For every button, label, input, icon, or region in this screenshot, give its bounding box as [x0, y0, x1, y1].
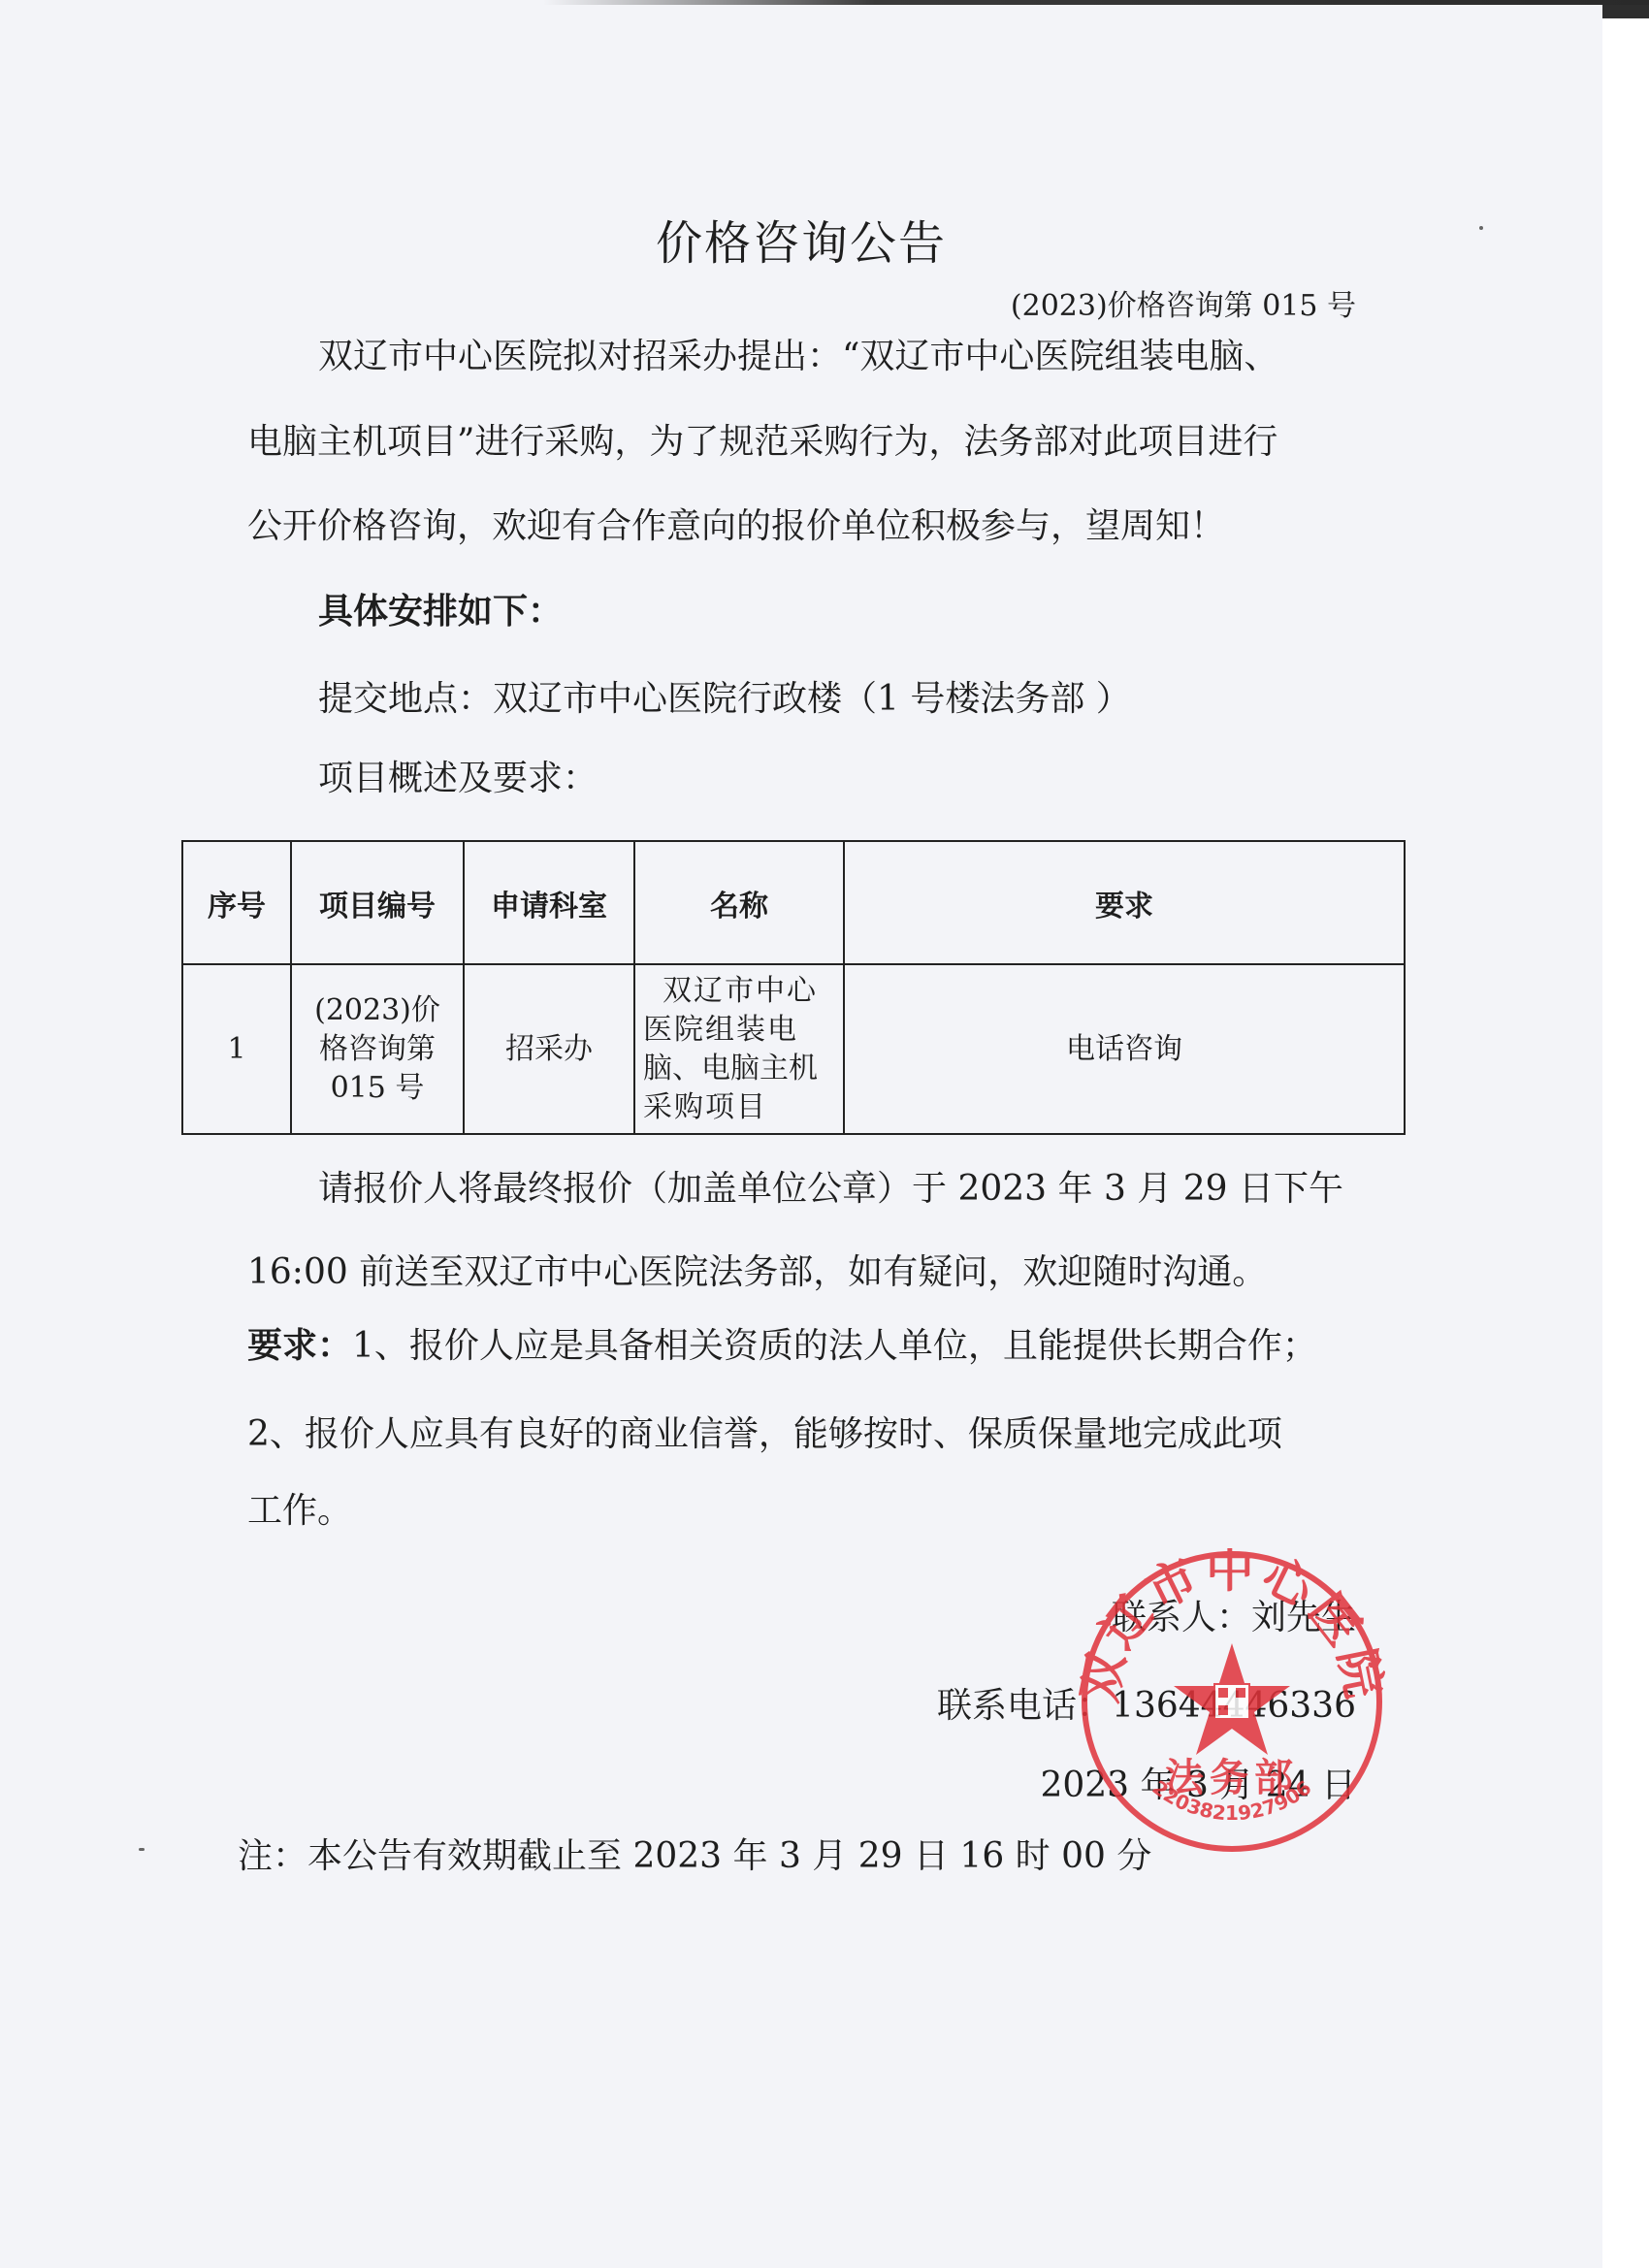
intro-line-3: 公开价格咨询，欢迎有合作意向的报价单位积极参与，望周知！	[247, 509, 1225, 544]
intro-line-1: 双辽市中心医院拟对招采办提出：“双辽市中心医院组装电脑、	[318, 340, 1278, 374]
cell-name: 双辽市中心 医院组装电 脑、电脑主机 采购项目	[634, 964, 844, 1134]
scan-speck	[1479, 226, 1483, 230]
cell-line: 格咨询第	[292, 1030, 463, 1069]
cell-line: 015 号	[292, 1069, 463, 1108]
scan-edge	[1602, 5, 1649, 18]
scan-speck	[139, 1848, 145, 1851]
table-row: 1 (2023)价 格咨询第 015 号 招采办 双辽市中心 医院组装电 脑、电…	[182, 964, 1405, 1134]
validity-note: 注：本公告有效期截止至 2023 年 3 月 29 日 16 时 00 分	[238, 1839, 1151, 1874]
header-department: 申请科室	[464, 841, 634, 964]
header-seq: 序号	[182, 841, 291, 964]
cell-line: (2023)价	[292, 991, 463, 1030]
header-project-no: 项目编号	[291, 841, 464, 964]
cell-line: 采购项目	[643, 1088, 835, 1127]
requirements-label: 要求：	[247, 1325, 352, 1366]
cell-department: 招采办	[464, 964, 634, 1134]
cell-line: 双辽市中心	[643, 972, 835, 1011]
intro-line-2: 电脑主机项目”进行采购，为了规范采购行为，法务部对此项目进行	[247, 425, 1277, 460]
requirements-line-2: 2、报价人应具有良好的商业信誉，能够按时、保质保量地完成此项	[247, 1417, 1282, 1452]
requirement-1: 1、报价人应是具备相关资质的法人单位，且能提供长期合作；	[352, 1326, 1317, 1366]
header-name: 名称	[634, 841, 844, 964]
header-requirement: 要求	[844, 841, 1405, 964]
project-table: 序号 项目编号 申请科室 名称 要求 1 (2023)价 格咨询第 015 号 …	[181, 840, 1406, 1135]
table-header-row: 序号 项目编号 申请科室 名称 要求	[182, 841, 1405, 964]
deadline-line-2: 16:00 前送至双辽市中心医院法务部，如有疑问，欢迎随时沟通。	[247, 1255, 1267, 1290]
official-seal-icon: 双辽市中心医院 法务部 2203821927906	[1079, 1548, 1385, 1855]
requirements-line-1: 要求：1、报价人应是具备相关资质的法人单位，且能提供长期合作；	[247, 1328, 1317, 1364]
cell-line: 脑、电脑主机	[643, 1050, 835, 1088]
deadline-line-1: 请报价人将最终报价（加盖单位公章）于 2023 年 3 月 29 日下午	[318, 1172, 1343, 1207]
arrangement-heading: 具体安排如下：	[318, 594, 563, 629]
document-number: (2023)价格咨询第 015 号	[1011, 281, 1356, 324]
cell-seq: 1	[182, 964, 291, 1134]
submit-location: 提交地点：双辽市中心医院行政楼（1 号楼法务部 ）	[318, 682, 1131, 717]
cell-line: 医院组装电	[643, 1011, 835, 1050]
requirements-line-3: 工作。	[247, 1494, 352, 1529]
overview-heading: 项目概述及要求：	[318, 761, 598, 796]
page-title: 价格咨询公告	[0, 206, 1602, 273]
scan-edge	[543, 0, 1649, 5]
cell-requirement: 电话咨询	[844, 964, 1405, 1134]
cell-project-no: (2023)价 格咨询第 015 号	[291, 964, 464, 1134]
